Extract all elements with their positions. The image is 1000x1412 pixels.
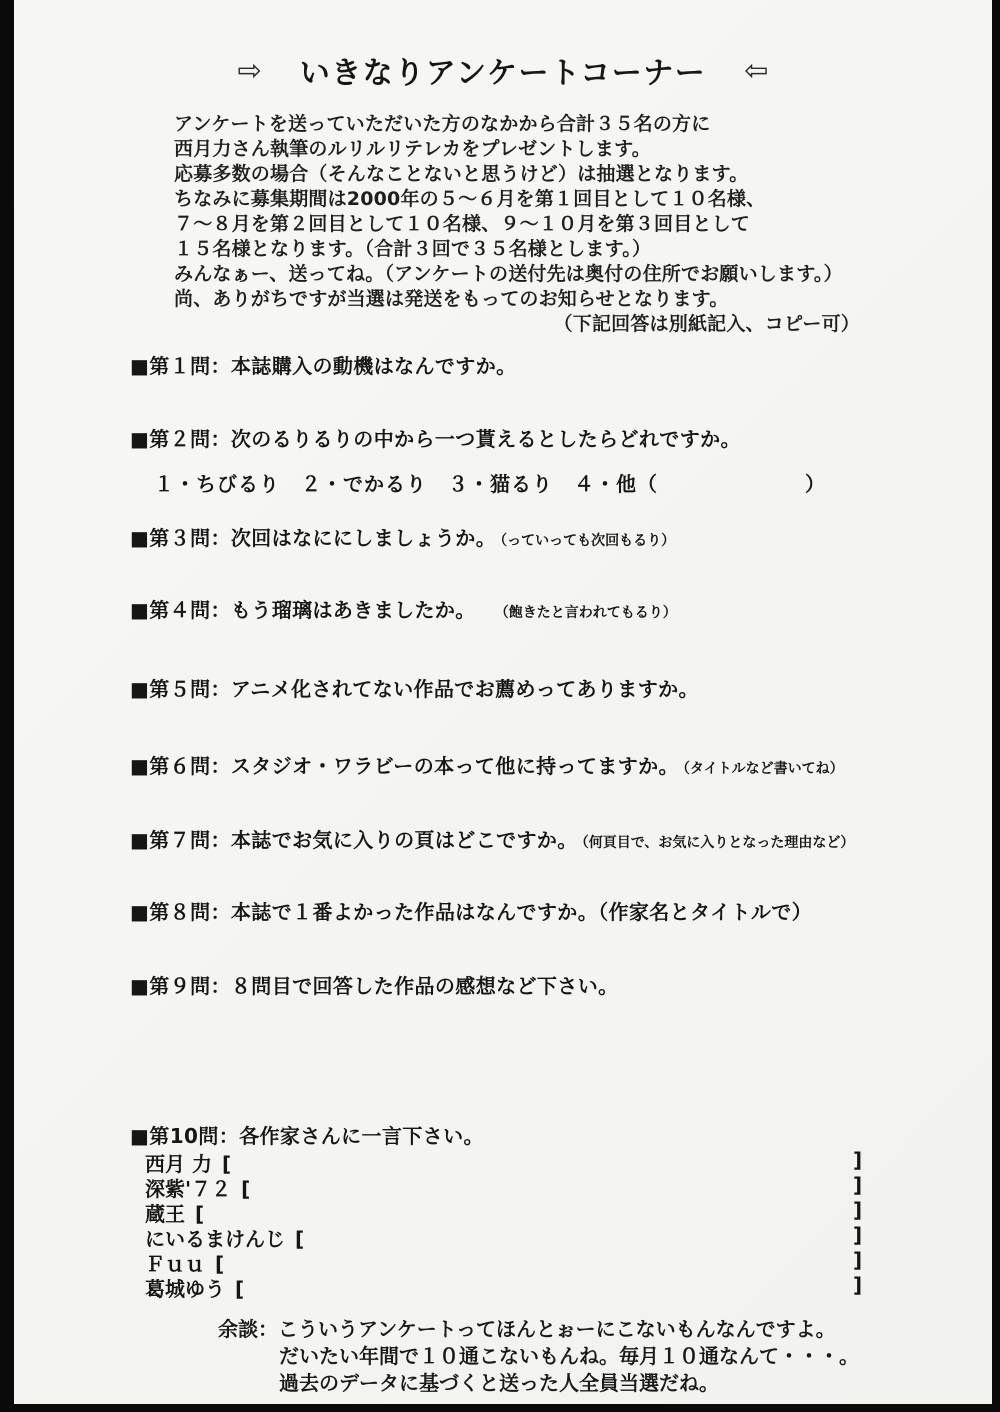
question-text: ■第６問：スタジオ・ワラビーの本って他に持ってますか。 [130, 754, 679, 778]
question-note: （っていっても次回もるり） [500, 533, 675, 549]
arrow-right-icon: ⇨ [237, 56, 261, 85]
question-2-options: １・ちびるり ２・でかるり ３・猫るり ４・他（ ） [154, 468, 826, 497]
question-note: （タイトルなど書いてね） [683, 761, 844, 777]
author-name: 葛城ゆう [145, 1277, 225, 1301]
question-note: （何頁目で、お気に入りとなった理由など） [582, 835, 855, 851]
intro-line: １５名様となります。（合計３回で３５名様とします。） [174, 237, 860, 262]
question-2: ■第２問：次のるりるりの中から一つ貰えるとしたらどれですか。 [130, 423, 741, 452]
page-header: ⇨ いきなりアンケートコーナー ⇦ [14, 48, 992, 92]
question-text: ■第５問：アニメ化されてない作品でお薦めってありますか。 [130, 677, 699, 701]
intro-line: 応募多数の場合（そんなことないと思うけど）は抽選となります。 [174, 162, 860, 187]
author-answer-row: 葛城ゆう[] [145, 1273, 869, 1302]
page-title: いきなりアンケートコーナー [300, 48, 707, 92]
answer-bracket-close: ] [853, 1223, 862, 1247]
question-text: ■第１問：本誌購入の動機はなんですか。 [130, 354, 517, 378]
question-9: ■第９問：８問目で回答した作品の感想など下さい。 [130, 970, 619, 999]
footer-line: 余談：こういうアンケートってほんとぉーにこないもんなんですよ。 [218, 1316, 898, 1343]
question-7: ■第７問：本誌でお気に入りの頁はどこですか。（何頁目で、お気に入りとなった理由な… [130, 824, 854, 853]
intro-line: アンケートを送っていただいた方のなかから合計３５名の方に [174, 112, 860, 137]
intro-line: みんなぁー、送ってね。（アンケートの送付先は奥付の住所でお願いします。） [174, 262, 860, 287]
question-text: ■第４問：もう瑠璃はあきましたか。 [130, 598, 476, 622]
intro-line: 尚、ありがちですが当選は発送をもってのお知らせとなります。 [174, 287, 860, 312]
answer-bracket-close: ] [853, 1148, 862, 1172]
intro-line: ７～８月を第２回目として１０名様、９～１０月を第３回目として [174, 212, 860, 237]
scan-background: ⇨ いきなりアンケートコーナー ⇦ アンケートを送っていただいた方のなかから合計… [0, 0, 1000, 1412]
question-8: ■第８問：本誌で１番よかった作品はなんですか。（作家名とタイトルで） [130, 896, 812, 925]
question-text: ■第３問：次回はなににしましょうか。 [130, 526, 496, 550]
options-text: １・ちびるり ２・でかるり ３・猫るり ４・他（ ） [154, 472, 826, 496]
footer-line: だいたい年間で１０通こないもんね。毎月１０通なんて・・・。 [279, 1343, 898, 1370]
intro-line: 西月力さん執筆のルリルリテレカをプレゼントします。 [174, 137, 860, 162]
question-3: ■第３問：次回はなににしましょうか。（っていっても次回もるり） [130, 522, 675, 551]
question-4: ■第４問：もう瑠璃はあきましたか。（飽きたと言われてもるり） [130, 594, 677, 623]
question-text: ■第９問：８問目で回答した作品の感想など下さい。 [130, 974, 619, 998]
footer-note: 余談：こういうアンケートってほんとぉーにこないもんなんですよ。 だいたい年間で１… [218, 1316, 898, 1397]
answer-bracket-close: ] [853, 1273, 862, 1297]
question-6: ■第６問：スタジオ・ワラビーの本って他に持ってますか。（タイトルなど書いてね） [130, 750, 844, 779]
question-text: ■第10問：各作家さんに一言下さい。 [130, 1124, 484, 1148]
question-text: ■第７問：本誌でお気に入りの頁はどこですか。 [130, 828, 578, 852]
question-5: ■第５問：アニメ化されてない作品でお薦めってありますか。 [130, 673, 699, 702]
question-10: ■第10問：各作家さんに一言下さい。 [130, 1120, 484, 1149]
intro-paragraph: アンケートを送っていただいた方のなかから合計３５名の方に 西月力さん執筆のルリル… [174, 112, 860, 337]
answer-bracket-close: ] [853, 1173, 862, 1197]
answer-bracket-close: ] [853, 1248, 862, 1272]
question-1: ■第１問：本誌購入の動機はなんですか。 [130, 350, 517, 379]
intro-reply-note: （下記回答は別紙記入、コピー可） [174, 312, 860, 337]
question-text: ■第８問：本誌で１番よかった作品はなんですか。（作家名とタイトルで） [130, 900, 812, 924]
answer-bracket-close: ] [853, 1198, 862, 1222]
question-note: （飽きたと言われてもるり） [502, 605, 677, 621]
intro-line: ちなみに募集期間は2000年の５～６月を第１回目として１０名様、 [174, 187, 860, 212]
answer-bracket-open: [ [235, 1277, 244, 1301]
footer-line: 過去のデータに基づくと送った人全員当選だね。 [279, 1370, 898, 1397]
page-sheet: ⇨ いきなりアンケートコーナー ⇦ アンケートを送っていただいた方のなかから合計… [14, 0, 992, 1404]
question-text: ■第２問：次のるりるりの中から一つ貰えるとしたらどれですか。 [130, 427, 741, 451]
arrow-left-icon: ⇦ [744, 56, 768, 85]
